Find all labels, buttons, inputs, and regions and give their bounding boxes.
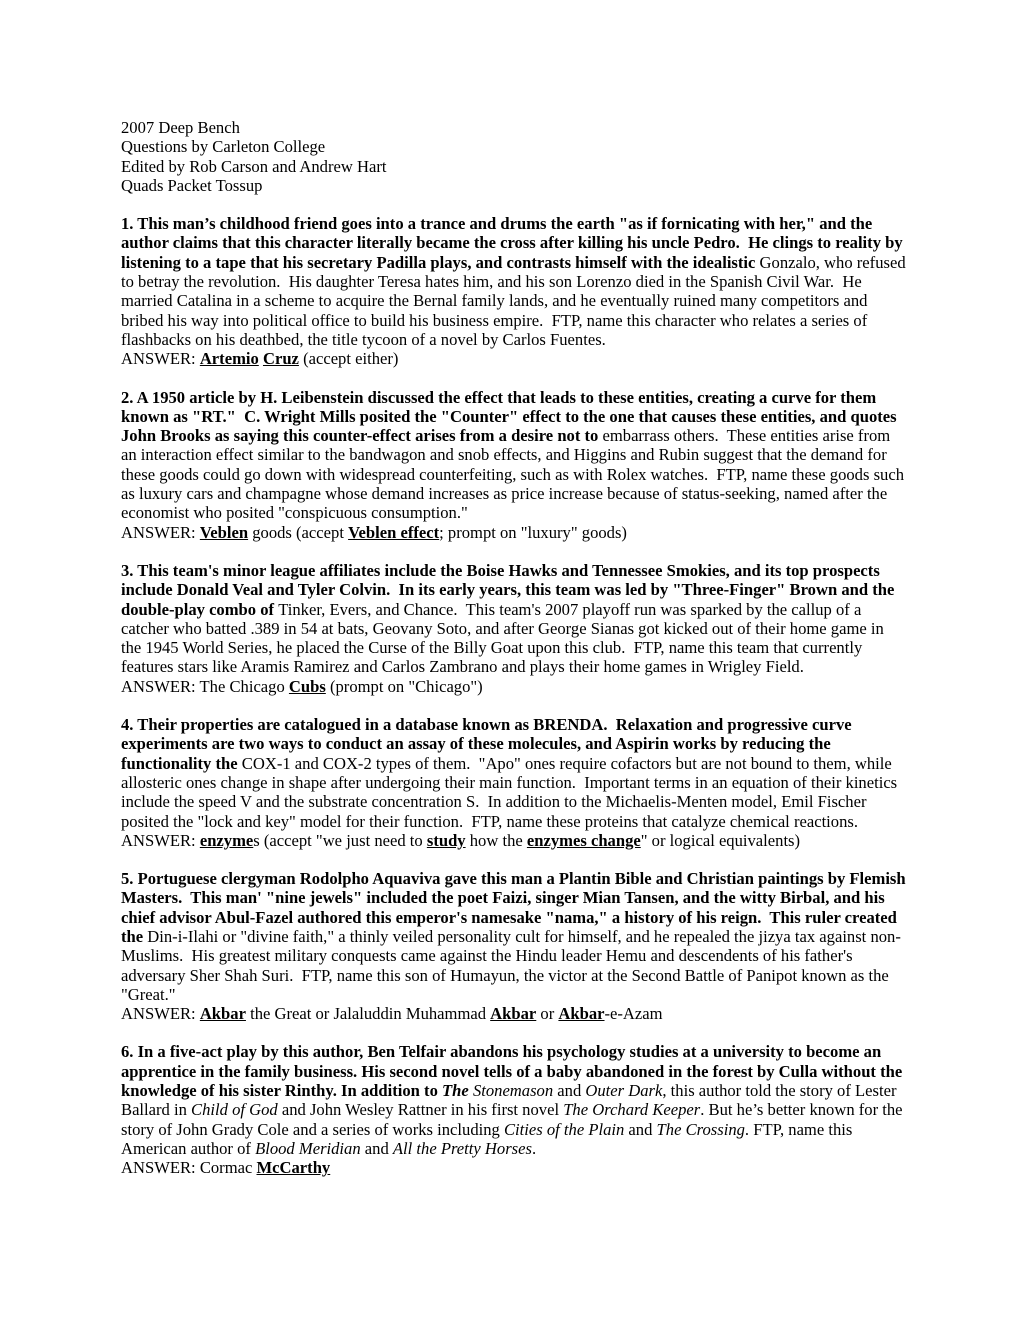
text-run: McCarthy (257, 1158, 331, 1177)
packet-header: 2007 Deep Bench Questions by Carleton Co… (121, 118, 906, 195)
text-run: Blood Meridian (255, 1139, 361, 1158)
question-text: 2. A 1950 article by H. Leibenstein disc… (121, 388, 906, 523)
text-run: (prompt on "Chicago") (326, 677, 483, 696)
question-block: 1. This man’s childhood friend goes into… (121, 214, 906, 368)
packet-round-label: Quads Packet Tossup (121, 176, 906, 195)
question-block: 6. In a five-act play by this author, Be… (121, 1042, 906, 1177)
question-block: 3. This team's minor league affiliates i… (121, 561, 906, 696)
question-text: 6. In a five-act play by this author, Be… (121, 1042, 906, 1158)
text-run: (accept either) (299, 349, 399, 368)
text-run: Cities of the Plain (504, 1120, 624, 1139)
text-run: enzymes change (527, 831, 641, 850)
text-run: Veblen (200, 523, 248, 542)
text-run: Cruz (263, 349, 299, 368)
document-page: 2007 Deep Bench Questions by Carleton Co… (0, 0, 1020, 1320)
answer-line: ANSWER: The Chicago Cubs (prompt on "Chi… (121, 677, 906, 696)
packet-editors: Edited by Rob Carson and Andrew Hart (121, 157, 906, 176)
packet-title: 2007 Deep Bench (121, 118, 906, 137)
answer-line: ANSWER: Cormac McCarthy (121, 1158, 906, 1177)
text-run: how the (466, 831, 527, 850)
answer-line: ANSWER: enzymes (accept "we just need to… (121, 831, 906, 850)
text-run: goods (accept (248, 523, 348, 542)
packet-byline: Questions by Carleton College (121, 137, 906, 156)
text-run: All the Pretty Horses (393, 1139, 532, 1158)
text-run: The Orchard Keeper (563, 1100, 700, 1119)
questions-list: 1. This man’s childhood friend goes into… (121, 214, 906, 1177)
text-run: Child of God (191, 1100, 278, 1119)
text-run: Outer Dark (585, 1081, 662, 1100)
text-run: Din-i-Ilahi or "divine faith," a thinly … (121, 927, 901, 1004)
answer-line: ANSWER: Akbar the Great or Jalaluddin Mu… (121, 1004, 906, 1023)
text-run: Artemio (200, 349, 259, 368)
text-run: The Crossing (657, 1120, 745, 1139)
text-run: or (536, 1004, 558, 1023)
question-block: 2. A 1950 article by H. Leibenstein disc… (121, 388, 906, 542)
text-run: and (553, 1081, 585, 1100)
text-run: Cubs (289, 677, 326, 696)
answer-line: ANSWER: Artemio Cruz (accept either) (121, 349, 906, 368)
text-run: Akbar (558, 1004, 604, 1023)
question-text: 5. Portuguese clergyman Rodolpho Aquaviv… (121, 869, 906, 1004)
question-text: 4. Their properties are catalogued in a … (121, 715, 906, 831)
text-run: Veblen effect (348, 523, 439, 542)
text-run: study (427, 831, 466, 850)
text-run: . (532, 1139, 536, 1158)
text-run: " or logical equivalents) (641, 831, 800, 850)
text-run: enzyme (200, 831, 253, 850)
text-run: The (442, 1081, 473, 1100)
answer-line: ANSWER: Veblen goods (accept Veblen effe… (121, 523, 906, 542)
text-run: s (accept "we just need to (253, 831, 427, 850)
text-run: ANSWER: Cormac (121, 1158, 257, 1177)
text-run: ANSWER: (121, 523, 200, 542)
text-run: the Great or Jalaluddin Muhammad (246, 1004, 490, 1023)
text-run: Akbar (200, 1004, 246, 1023)
text-run: and (361, 1139, 393, 1158)
text-run: ANSWER: (121, 1004, 200, 1023)
text-run: and John Wesley Rattner in his first nov… (278, 1100, 563, 1119)
text-run: Stonemason (473, 1081, 553, 1100)
text-run: ANSWER: (121, 831, 200, 850)
text-run: ; prompt on "luxury" goods) (439, 523, 627, 542)
question-block: 5. Portuguese clergyman Rodolpho Aquaviv… (121, 869, 906, 1023)
text-run: ANSWER: (121, 349, 200, 368)
text-run: -e-Azam (605, 1004, 663, 1023)
question-text: 3. This team's minor league affiliates i… (121, 561, 906, 677)
text-run: and (624, 1120, 656, 1139)
text-run: Akbar (490, 1004, 536, 1023)
question-text: 1. This man’s childhood friend goes into… (121, 214, 906, 349)
text-run: ANSWER: The Chicago (121, 677, 289, 696)
question-block: 4. Their properties are catalogued in a … (121, 715, 906, 850)
